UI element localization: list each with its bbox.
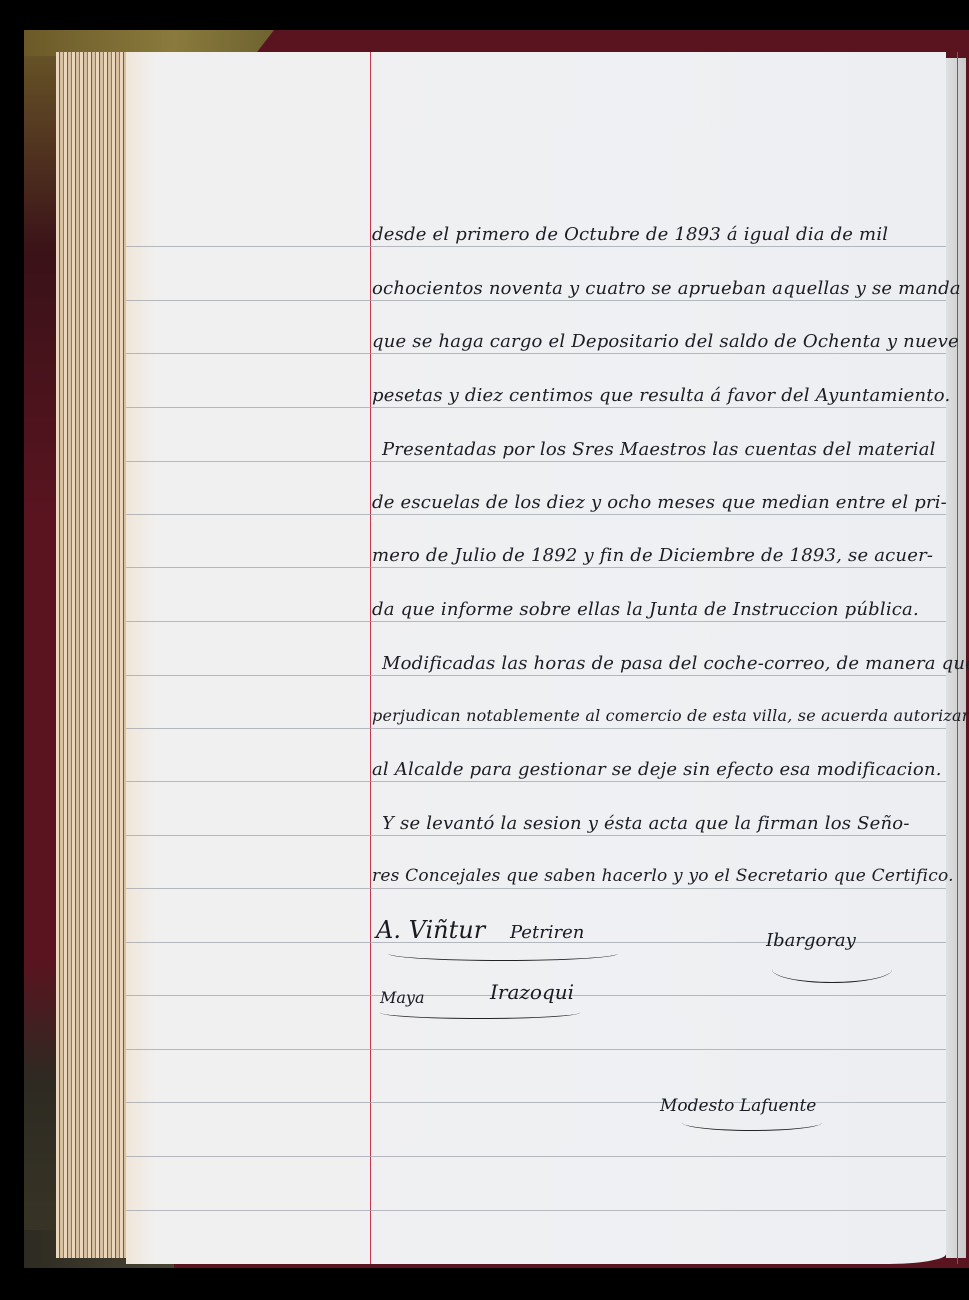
- text-line: Y se levantó la sesion y ésta acta que l…: [382, 813, 942, 834]
- text-line: mero de Julio de 1892 y fin de Diciembre…: [372, 545, 932, 566]
- ruled-line: [126, 1049, 946, 1050]
- ledger-page: desde el primero de Octubre de 1893 á ig…: [126, 52, 946, 1264]
- text-line: que se haga cargo el Depositario del sal…: [372, 331, 932, 352]
- signature: A. Viñtur: [376, 916, 485, 944]
- text-line: res Concejales que saben hacerlo y yo el…: [372, 866, 932, 886]
- page-edges-stack: [56, 52, 127, 1258]
- text-line: da que informe sobre ellas la Junta de I…: [372, 599, 932, 620]
- book-spine-corner: [24, 30, 56, 1268]
- ruled-line: [126, 1156, 946, 1157]
- text-line: de escuelas de los diez y ocho meses que…: [372, 492, 932, 513]
- signature: Maya: [380, 988, 425, 1007]
- text-line: Presentadas por los Sres Maestros las cu…: [382, 439, 942, 460]
- ruled-line: [126, 246, 946, 247]
- text-line: desde el primero de Octubre de 1893 á ig…: [372, 224, 932, 245]
- ruled-line: [126, 621, 946, 622]
- signature: Petriren: [510, 922, 584, 943]
- ruled-line: [126, 781, 946, 782]
- signature: Modesto Lafuente: [660, 1096, 816, 1116]
- ruled-line: [126, 567, 946, 568]
- signature-flourish: [388, 946, 618, 961]
- ruled-line: [126, 300, 946, 301]
- signature-flourish: [682, 1114, 822, 1131]
- signature-flourish: [772, 956, 892, 983]
- ruled-line: [126, 514, 946, 515]
- ruled-line: [126, 835, 946, 836]
- text-line: ochocientos noventa y cuatro se aprueban…: [372, 278, 932, 299]
- text-line: Modificadas las horas de pasa del coche-…: [382, 653, 942, 674]
- ruled-line: [126, 353, 946, 354]
- ruled-line: [126, 675, 946, 676]
- text-line: perjudican notablemente al comercio de e…: [372, 706, 932, 725]
- signature-flourish: [380, 1006, 580, 1019]
- text-line: pesetas y diez centimos que resulta á fa…: [372, 385, 932, 406]
- text-line: al Alcalde para gestionar se deje sin ef…: [372, 759, 932, 780]
- ruled-line: [126, 1210, 946, 1211]
- signature: Ibargoray: [766, 930, 856, 951]
- left-margin-line: [370, 52, 371, 1264]
- ruled-line: [126, 728, 946, 729]
- ruled-line: [126, 1102, 946, 1103]
- ruled-line: [126, 461, 946, 462]
- signature: Irazoqui: [490, 980, 574, 1004]
- ruled-line: [126, 407, 946, 408]
- ruled-line: [126, 888, 946, 889]
